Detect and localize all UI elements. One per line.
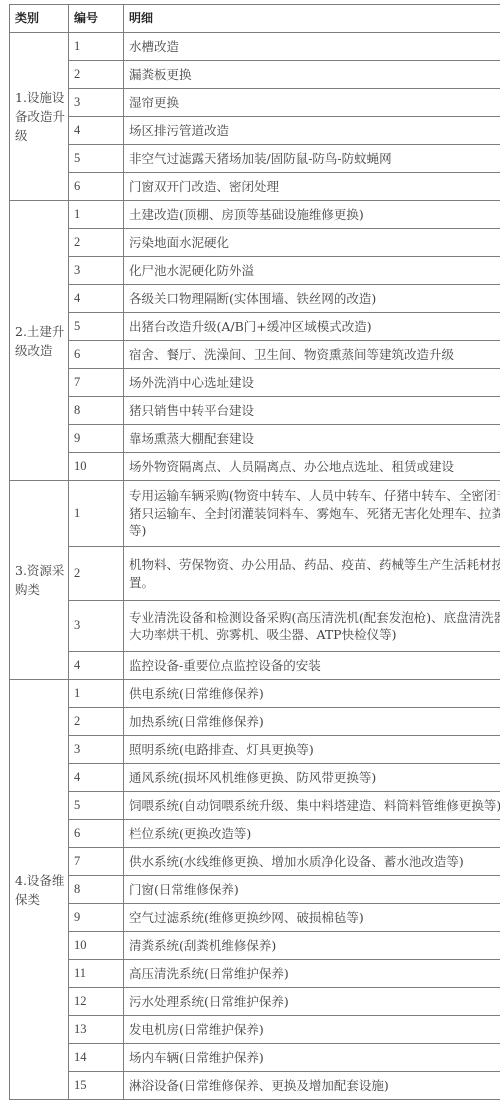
item-detail-cell: 出猪台改造升级(A/B门+缓冲区域模式改造) <box>124 313 500 341</box>
table-row: 8猪只销售中转平台建设 <box>10 397 500 425</box>
item-number-cell: 6 <box>69 341 124 369</box>
item-detail-cell: 栏位系统(更换改造等) <box>124 820 500 848</box>
header-detail: 明细 <box>124 5 500 33</box>
table-body: 1.设施设备改造升级1水槽改造2漏粪板更换3湿帘更换4场区排污管道改造5非空气过… <box>10 33 500 1100</box>
item-number-cell: 15 <box>69 1072 124 1100</box>
table-row: 3专业清洗设备和检测设备采购(高压清洗机(配套发泡枪)、底盘清洗器、大功率烘干机… <box>10 601 500 652</box>
item-number-cell: 9 <box>69 904 124 932</box>
item-detail-cell: 水槽改造 <box>124 33 500 61</box>
item-number-cell: 3 <box>69 601 124 652</box>
table-row: 6宿舍、餐厅、洗澡间、卫生间、物资熏蒸间等建筑改造升级 <box>10 341 500 369</box>
table-row: 5出猪台改造升级(A/B门+缓冲区域模式改造) <box>10 313 500 341</box>
table-row: 8门窗(日常维修保养) <box>10 876 500 904</box>
item-detail-cell: 加热系统(日常维修保养) <box>124 708 500 736</box>
item-number-cell: 4 <box>69 117 124 145</box>
renovation-items-table: 类别 编号 明细 1.设施设备改造升级1水槽改造2漏粪板更换3湿帘更换4场区排污… <box>9 4 500 1100</box>
item-number-cell: 1 <box>69 680 124 708</box>
item-detail-cell: 监控设备-重要位点监控设备的安装 <box>124 652 500 680</box>
table-row: 2污染地面水泥硬化 <box>10 229 500 257</box>
item-detail-cell: 靠场熏蒸大棚配套建设 <box>124 425 500 453</box>
item-number-cell: 3 <box>69 89 124 117</box>
table-row: 6门窗双开门改造、密闭处理 <box>10 173 500 201</box>
item-number-cell: 9 <box>69 425 124 453</box>
header-category: 类别 <box>10 5 69 33</box>
item-number-cell: 2 <box>69 708 124 736</box>
item-number-cell: 3 <box>69 736 124 764</box>
table-row: 14场内车辆(日常维护保养) <box>10 1044 500 1072</box>
table-row: 9靠场熏蒸大棚配套建设 <box>10 425 500 453</box>
item-number-cell: 1 <box>69 33 124 61</box>
item-number-cell: 8 <box>69 876 124 904</box>
table-row: 3化尸池水泥硬化防外溢 <box>10 257 500 285</box>
item-number-cell: 5 <box>69 792 124 820</box>
item-number-cell: 1 <box>69 201 124 229</box>
table-row: 4通风系统(损坏风机维修更换、防风带更换等) <box>10 764 500 792</box>
item-number-cell: 8 <box>69 397 124 425</box>
table-row: 2.土建升级改造1土建改造(顶棚、房顶等基础设施维修更换) <box>10 201 500 229</box>
item-detail-cell: 污水处理系统(日常维护保养) <box>124 988 500 1016</box>
item-detail-cell: 高压清洗系统(日常维护保养) <box>124 960 500 988</box>
item-detail-cell: 供水系统(水线维修更换、增加水质净化设备、蓄水池改造等) <box>124 848 500 876</box>
item-detail-cell: 湿帘更换 <box>124 89 500 117</box>
table-row: 12污水处理系统(日常维护保养) <box>10 988 500 1016</box>
category-cell: 4.设备维保类 <box>10 680 69 1100</box>
item-number-cell: 14 <box>69 1044 124 1072</box>
item-detail-cell: 化尸池水泥硬化防外溢 <box>124 257 500 285</box>
item-number-cell: 7 <box>69 848 124 876</box>
item-number-cell: 7 <box>69 369 124 397</box>
category-cell: 1.设施设备改造升级 <box>10 33 69 201</box>
item-detail-cell: 各级关口物理隔断(实体围墙、铁丝网的改造) <box>124 285 500 313</box>
item-detail-cell: 门窗双开门改造、密闭处理 <box>124 173 500 201</box>
table-row: 1.设施设备改造升级1水槽改造 <box>10 33 500 61</box>
category-cell: 3.资源采购类 <box>10 481 69 680</box>
item-number-cell: 6 <box>69 820 124 848</box>
item-number-cell: 5 <box>69 313 124 341</box>
table-row: 3湿帘更换 <box>10 89 500 117</box>
item-number-cell: 13 <box>69 1016 124 1044</box>
item-number-cell: 2 <box>69 547 124 601</box>
table-row: 4各级关口物理隔断(实体围墙、铁丝网的改造) <box>10 285 500 313</box>
table-row: 10清粪系统(刮粪机维修保养) <box>10 932 500 960</box>
category-cell: 2.土建升级改造 <box>10 201 69 481</box>
item-number-cell: 1 <box>69 481 124 547</box>
table-row: 11高压清洗系统(日常维护保养) <box>10 960 500 988</box>
item-detail-cell: 发电机房(日常维护保养) <box>124 1016 500 1044</box>
table-row: 3照明系统(电路排查、灯具更换等) <box>10 736 500 764</box>
item-detail-cell: 猪只销售中转平台建设 <box>124 397 500 425</box>
item-detail-cell: 供电系统(日常维修保养) <box>124 680 500 708</box>
item-detail-cell: 门窗(日常维修保养) <box>124 876 500 904</box>
table-row: 3.资源采购类1专用运输车辆采购(物资中转车、人员中转车、仔猪中转车、全密闭专用… <box>10 481 500 547</box>
item-detail-cell: 场外洗消中心选址建设 <box>124 369 500 397</box>
table-row: 9空气过滤系统(维修更换纱网、破损棉毡等) <box>10 904 500 932</box>
table-row: 2机物料、劳保物资、办公用品、药品、疫苗、药械等生产生活耗材按需配置。 <box>10 547 500 601</box>
table-row: 13发电机房(日常维护保养) <box>10 1016 500 1044</box>
item-detail-cell: 场区排污管道改造 <box>124 117 500 145</box>
table-row: 5非空气过滤露天猪场加装/固防鼠-防鸟-防蚊蝇网 <box>10 145 500 173</box>
table-row: 4.设备维保类1供电系统(日常维修保养) <box>10 680 500 708</box>
item-number-cell: 10 <box>69 932 124 960</box>
item-detail-cell: 非空气过滤露天猪场加装/固防鼠-防鸟-防蚊蝇网 <box>124 145 500 173</box>
item-number-cell: 4 <box>69 764 124 792</box>
item-detail-cell: 空气过滤系统(维修更换纱网、破损棉毡等) <box>124 904 500 932</box>
item-detail-cell: 宿舍、餐厅、洗澡间、卫生间、物资熏蒸间等建筑改造升级 <box>124 341 500 369</box>
item-detail-cell: 污染地面水泥硬化 <box>124 229 500 257</box>
item-detail-cell: 场内车辆(日常维护保养) <box>124 1044 500 1072</box>
item-number-cell: 10 <box>69 453 124 481</box>
table-row: 7供水系统(水线维修更换、增加水质净化设备、蓄水池改造等) <box>10 848 500 876</box>
item-number-cell: 5 <box>69 145 124 173</box>
item-detail-cell: 照明系统(电路排查、灯具更换等) <box>124 736 500 764</box>
item-detail-cell: 专业清洗设备和检测设备采购(高压清洗机(配套发泡枪)、底盘清洗器、大功率烘干机、… <box>124 601 500 652</box>
table-row: 5饲喂系统(自动饲喂系统升级、集中料塔建造、料筒料管维修更换等) <box>10 792 500 820</box>
table-row: 4监控设备-重要位点监控设备的安装 <box>10 652 500 680</box>
item-number-cell: 4 <box>69 652 124 680</box>
table-row: 15淋浴设备(日常维修保养、更换及增加配套设施) <box>10 1072 500 1100</box>
item-detail-cell: 专用运输车辆采购(物资中转车、人员中转车、仔猪中转车、全密闭专用猪只运输车、全封… <box>124 481 500 547</box>
item-detail-cell: 土建改造(顶棚、房顶等基础设施维修更换) <box>124 201 500 229</box>
item-detail-cell: 饲喂系统(自动饲喂系统升级、集中料塔建造、料筒料管维修更换等) <box>124 792 500 820</box>
table-row: 10场外物资隔离点、人员隔离点、办公地点选址、租赁或建设 <box>10 453 500 481</box>
item-detail-cell: 清粪系统(刮粪机维修保养) <box>124 932 500 960</box>
header-row: 类别 编号 明细 <box>10 5 500 33</box>
table-row: 2加热系统(日常维修保养) <box>10 708 500 736</box>
item-number-cell: 12 <box>69 988 124 1016</box>
item-detail-cell: 通风系统(损坏风机维修更换、防风带更换等) <box>124 764 500 792</box>
table-row: 6栏位系统(更换改造等) <box>10 820 500 848</box>
item-number-cell: 6 <box>69 173 124 201</box>
table-row: 7场外洗消中心选址建设 <box>10 369 500 397</box>
table-row: 4场区排污管道改造 <box>10 117 500 145</box>
item-number-cell: 11 <box>69 960 124 988</box>
item-detail-cell: 漏粪板更换 <box>124 61 500 89</box>
item-detail-cell: 场外物资隔离点、人员隔离点、办公地点选址、租赁或建设 <box>124 453 500 481</box>
item-number-cell: 2 <box>69 229 124 257</box>
header-number: 编号 <box>69 5 124 33</box>
item-number-cell: 4 <box>69 285 124 313</box>
item-detail-cell: 机物料、劳保物资、办公用品、药品、疫苗、药械等生产生活耗材按需配置。 <box>124 547 500 601</box>
item-number-cell: 2 <box>69 61 124 89</box>
item-detail-cell: 淋浴设备(日常维修保养、更换及增加配套设施) <box>124 1072 500 1100</box>
item-number-cell: 3 <box>69 257 124 285</box>
table-row: 2漏粪板更换 <box>10 61 500 89</box>
